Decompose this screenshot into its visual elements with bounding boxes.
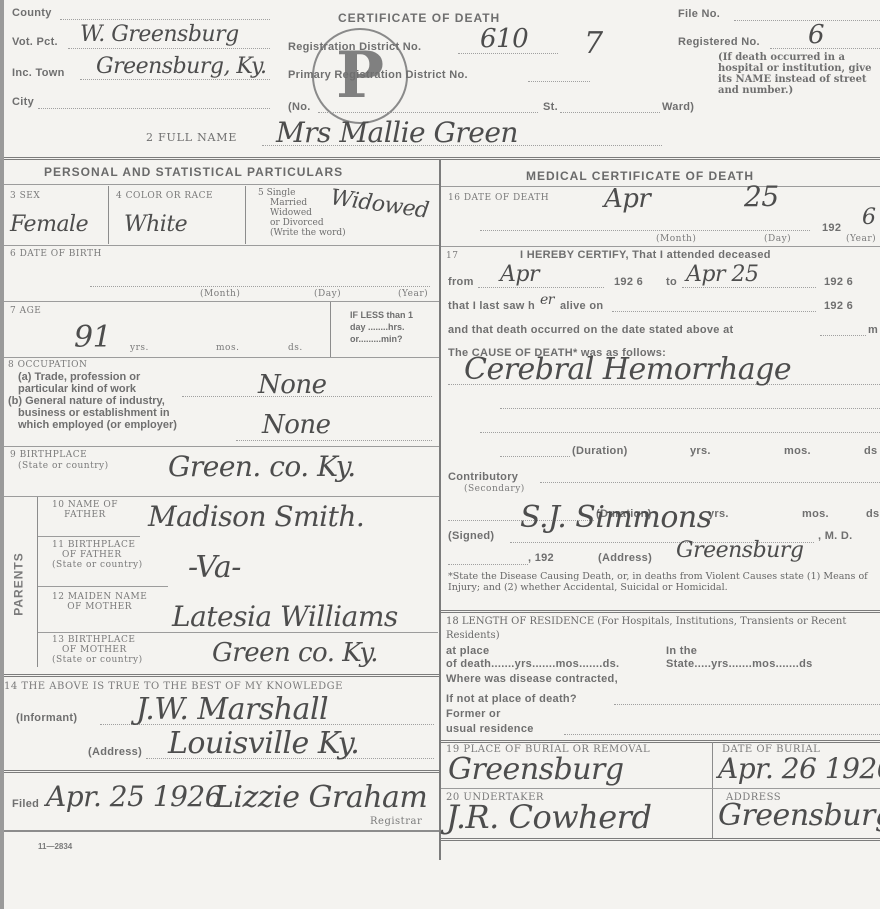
birthplace-label: 9 BIRTHPLACE [10,450,87,460]
inc-town-value: Greensburg, Ky. [96,54,266,79]
date-of-death-year: 6 [862,205,876,230]
cause-value: Cerebral Hemorrhage [464,352,791,387]
cause-line-3 [480,432,880,433]
alive-on-line [612,311,816,312]
registration-district-value: 610 [480,24,528,54]
divider [37,497,38,667]
full-name-label: 2 FULL NAME [146,131,237,144]
cause-line-2 [500,408,880,409]
day-label: (Day) [764,234,791,244]
inc-town-label: Inc. Town [12,67,65,79]
filed-date-value: Apr. 25 1926 [46,780,222,813]
vot-pct-label: Vot. Pct. [12,36,58,48]
year-label: (Year) [846,234,876,244]
dob-line [90,286,430,287]
form-number: 11—2834 [38,842,72,851]
occupation-a-value: None [258,370,327,400]
to-value: Apr 25 [686,262,758,287]
former-label: Former or [446,708,501,720]
vot-pct-value: W. Greensburg [80,22,239,47]
informant-value: J.W. Marshall [136,692,328,727]
duration-ds-label: ds [864,445,877,457]
undertaker-address-value: Greensburg [718,798,880,833]
date-of-death-day: 25 [744,180,779,213]
contributory-ds-label: ds [866,508,879,520]
from-year: 192 6 [614,276,643,288]
registered-no-label: Registered No. [678,36,760,48]
from-label: from [448,276,474,288]
death-time-line [820,335,866,336]
date-of-death-label: 16 DATE OF DEATH [448,193,549,203]
burial-date-value: Apr. 26 1926 [718,752,880,785]
divider [441,788,880,789]
divider [712,742,713,838]
divider [108,186,109,244]
informant-heading: 14 THE ABOVE IS TRUE TO THE BEST OF MY K… [4,681,343,692]
date-of-death-month: Apr [604,184,650,214]
less-than-day-note: IF LESS than 1 day ........hrs. or......… [350,309,413,345]
contributory-mos-label: mos. [802,508,829,520]
age-ds-label: ds. [288,343,303,353]
divider [4,770,439,773]
from-line [478,287,604,288]
age-label: 7 AGE [10,306,41,316]
residence-label: 18 LENGTH OF RESIDENCE (For Hospitals, I… [446,615,880,643]
certificate-title: CERTIFICATE OF DEATH [338,11,500,25]
divider [4,830,439,832]
divider [4,357,439,358]
duration-label: (Duration) [572,445,628,457]
at-place-label: at place [446,645,489,657]
divider [4,301,439,302]
file-no-label: File No. [678,8,720,20]
registered-no-value: 6 [808,20,824,50]
city-label: City [12,96,34,108]
parents-label: PARENTS [4,500,34,668]
divider [441,246,880,247]
age-value: 91 [74,320,111,355]
occupation-b-value: None [262,410,331,440]
divider [4,184,439,185]
signed-label: (Signed) [448,530,494,542]
from-value: Apr [500,262,539,287]
divider [4,245,439,246]
divider [245,186,246,244]
duration-lead [500,456,570,457]
registration-mark: 7 [584,26,603,61]
duration-mos-label: mos. [784,445,811,457]
divider [441,186,880,187]
cause-footnote: *State the Disease Causing Death, or, in… [448,571,880,593]
usual-residence-label: usual residence [446,723,534,735]
father-name-value: Madison Smith. [148,500,364,533]
sig-date-line [448,564,528,565]
sex-value: Female [10,212,88,237]
age-yrs-label: yrs. [130,343,149,353]
of-death-label: of death.......yrs.......mos.......ds. [446,658,619,670]
certify-number: 17 [446,251,458,261]
divider [38,536,140,537]
informant-address-label: (Address) [88,746,142,758]
divider [4,446,439,447]
undertaker-value: J.R. Cowherd [446,798,651,836]
to-line [682,287,816,288]
mother-name-value: Latesia Williams [172,600,398,633]
father-birthplace-value: -Va- [188,550,241,585]
contributory-sub: (Secondary) [464,484,525,494]
dob-year-label: (Year) [398,289,428,299]
primary-district-line [528,81,590,82]
age-mos-label: mos. [216,343,239,353]
alive-on-label: alive on [560,300,603,312]
informant-address-value: Louisville Ky. [168,726,359,761]
vot-pct-line [68,48,270,49]
address-label: (Address) [598,552,652,564]
father-birthplace-label: 11 BIRTHPLACEOF FATHER(State or country) [52,540,143,570]
header-divider [4,157,880,160]
county-line [60,19,270,20]
sex-label: 3 SEX [10,191,40,201]
race-value: White [124,212,187,237]
contributory-line [540,482,880,483]
informant-label: (Informant) [16,712,77,724]
duration-yrs-label: yrs. [690,445,711,457]
usual-residence-line [564,734,880,735]
race-label: 4 COLOR OR RACE [116,191,213,201]
birthplace-value: Green. co. Ky. [168,450,356,483]
certify-text: I HEREBY CERTIFY, That I attended deceas… [520,249,771,261]
divider [38,586,168,587]
inc-town-line [80,79,270,80]
full-name-value: Mrs Mallie Green [276,116,518,149]
mother-birthplace-label: 13 BIRTHPLACEOF MOTHER(State or country) [52,635,143,665]
where-contracted-label: Where was disease contracted, [446,673,618,685]
to-year: 192 6 [824,276,853,288]
divider [330,302,331,357]
in-the-label: In the [666,645,697,657]
county-label: County [12,7,52,19]
divider [38,632,438,633]
month-label: (Month) [656,234,696,244]
time-suffix: m [868,324,878,336]
occupation-label: 8 OCCUPATION (a) Trade, profession or pa… [8,359,177,431]
registrar-value: Lizzie Graham [214,780,427,815]
institution-note: (If death occurred in a hospital or inst… [718,52,880,96]
divider [441,610,880,613]
sig-year-label: , 192 [528,552,554,564]
if-not-label: If not at place of death? [446,693,577,705]
signed-value: S.J. Simmons [520,500,712,535]
center-divider [439,160,441,860]
father-name-label: 10 NAME OFFATHER [52,500,118,520]
birthplace-sub: (State or country) [18,461,109,471]
mother-name-label: 12 MAIDEN NAMEOF MOTHER [52,592,147,612]
divider [4,496,439,497]
personal-section-title: PERSONAL AND STATISTICAL PARTICULARS [44,165,343,179]
dob-label: 6 DATE OF BIRTH [10,249,102,259]
state-residence-label: State.....yrs.......mos.......ds [666,658,813,670]
address-value: Greensburg [676,538,803,563]
street-label: St. [543,101,558,113]
burial-place-value: Greensburg [448,752,624,787]
date-of-death-year-prefix: 192 [822,222,841,234]
last-saw-label: that I last saw h [448,300,535,312]
medical-section-title: MEDICAL CERTIFICATE OF DEATH [526,169,754,183]
dob-day-label: (Day) [314,289,341,299]
ward-label: Ward) [662,101,694,113]
divider [441,838,880,841]
last-saw-pronoun: er [540,292,554,308]
registrar-label: Registrar [370,816,422,827]
dob-month-label: (Month) [200,289,240,299]
date-of-death-line [480,230,810,231]
street-no-line [318,112,538,113]
mother-birthplace-value: Green co. Ky. [212,638,378,668]
divider [441,740,880,743]
to-label: to [666,276,677,288]
registration-district-label: Registration District No. [288,41,421,53]
registered-no-line [770,48,880,49]
ward-line [560,112,660,113]
primary-district-label: Primary Registration District No. [288,69,468,81]
if-not-line [614,704,880,705]
street-no-label: (No. [288,101,311,113]
filed-label: Filed [12,798,39,810]
death-occurred-label: and that death occurred on the date stat… [448,324,733,336]
occupation-b-line [236,440,432,441]
file-no-line [734,20,880,21]
last-saw-year: 192 6 [824,300,853,312]
contributory-label: Contributory [448,471,518,483]
city-line [38,108,270,109]
md-label: , M. D. [818,530,853,542]
divider [4,674,439,677]
